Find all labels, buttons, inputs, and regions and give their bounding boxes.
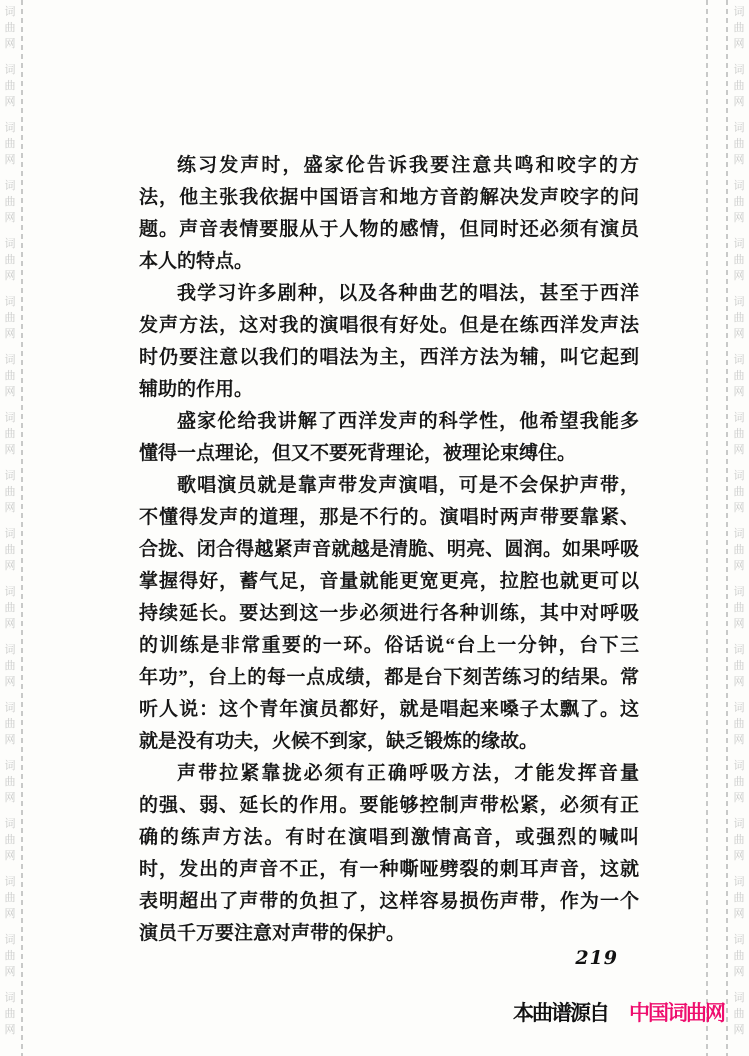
watermark-char: 网 bbox=[2, 210, 18, 226]
right-dashed-rule-inner bbox=[726, 0, 728, 1056]
watermark-char: 曲 bbox=[731, 310, 747, 326]
watermark-char: 网 bbox=[731, 558, 747, 574]
watermark-char: 词 bbox=[2, 526, 18, 542]
text-line: 练习发声时，盛家伦告诉我要注意共鸣和咬字的方 bbox=[139, 150, 639, 182]
watermark-char: 网 bbox=[731, 790, 747, 806]
watermark-char: 网 bbox=[731, 732, 747, 748]
watermark-char: 网 bbox=[731, 210, 747, 226]
watermark-char: 网 bbox=[731, 442, 747, 458]
watermark-char: 词 bbox=[2, 642, 18, 658]
watermark-char: 词 bbox=[2, 874, 18, 890]
watermark-char: 网 bbox=[2, 442, 18, 458]
watermark-char: 网 bbox=[731, 384, 747, 400]
watermark-char: 词 bbox=[731, 120, 747, 136]
text-line: 年功”，台上的每一点成绩，都是台下刻苦练习的结果。常 bbox=[139, 662, 639, 694]
watermark-char: 曲 bbox=[731, 136, 747, 152]
watermark-char: 词 bbox=[731, 584, 747, 600]
watermark-char: 网 bbox=[731, 152, 747, 168]
watermark-char: 词 bbox=[731, 990, 747, 1006]
watermark-char: 词 bbox=[731, 816, 747, 832]
text-line: 就是没有功夫，火候不到家，缺乏锻炼的缘故。 bbox=[139, 726, 639, 758]
watermark-char: 词 bbox=[731, 410, 747, 426]
watermark-char: 网 bbox=[2, 848, 18, 864]
watermark-char: 词 bbox=[731, 700, 747, 716]
watermark-char: 曲 bbox=[731, 426, 747, 442]
watermark-char: 曲 bbox=[731, 658, 747, 674]
watermark-char: 网 bbox=[731, 616, 747, 632]
watermark-char: 曲 bbox=[731, 368, 747, 384]
paragraph: 歌唱演员就是靠声带发声演唱，可是不会保护声带，不懂得发声的道理，那是不行的。演唱… bbox=[139, 470, 639, 758]
text-line: 歌唱演员就是靠声带发声演唱，可是不会保护声带， bbox=[139, 470, 639, 502]
watermark-char: 曲 bbox=[731, 774, 747, 790]
text-line: 发声方法，这对我的演唱很有好处。但是在练西洋发声法 bbox=[139, 310, 639, 342]
watermark-char: 曲 bbox=[2, 774, 18, 790]
watermark-char: 曲 bbox=[2, 716, 18, 732]
watermark-char: 词 bbox=[2, 584, 18, 600]
watermark-char: 网 bbox=[2, 326, 18, 342]
watermark-char: 网 bbox=[731, 36, 747, 52]
watermark-char: 网 bbox=[2, 1022, 18, 1038]
watermark-char: 词 bbox=[2, 932, 18, 948]
watermark-char: 网 bbox=[731, 1022, 747, 1038]
watermark-char: 网 bbox=[731, 326, 747, 342]
watermark-char: 曲 bbox=[2, 832, 18, 848]
watermark-char: 词 bbox=[731, 642, 747, 658]
paragraph: 盛家伦给我讲解了西洋发声的科学性，他希望我能多懂得一点理论，但又不要死背理论，被… bbox=[139, 406, 639, 470]
credit-prefix: 本曲谱源自 bbox=[513, 1001, 608, 1027]
watermark-char: 网 bbox=[731, 964, 747, 980]
watermark-char: 网 bbox=[731, 906, 747, 922]
watermark-char: 词 bbox=[731, 352, 747, 368]
watermark-char: 词 bbox=[2, 468, 18, 484]
text-line: 声带拉紧靠拢必须有正确呼吸方法，才能发挥音量 bbox=[139, 758, 639, 790]
watermark-char: 词 bbox=[2, 816, 18, 832]
watermark-char: 词 bbox=[731, 874, 747, 890]
text-line: 表明超出了声带的负担了，这样容易损伤声带，作为一个 bbox=[139, 886, 639, 918]
watermark-char: 网 bbox=[2, 384, 18, 400]
text-line: 的强、弱、延长的作用。要能够控制声带松紧，必须有正 bbox=[139, 790, 639, 822]
watermark-char: 曲 bbox=[731, 716, 747, 732]
watermark-char: 曲 bbox=[2, 136, 18, 152]
text-line: 我学习许多剧种，以及各种曲艺的唱法，甚至于西洋 bbox=[139, 278, 639, 310]
watermark-char: 曲 bbox=[731, 252, 747, 268]
watermark-char: 曲 bbox=[2, 426, 18, 442]
paragraph: 声带拉紧靠拢必须有正确呼吸方法，才能发挥音量的强、弱、延长的作用。要能够控制声带… bbox=[139, 758, 639, 950]
watermark-char: 词 bbox=[2, 410, 18, 426]
watermark-char: 曲 bbox=[2, 542, 18, 558]
watermark-char: 曲 bbox=[731, 20, 747, 36]
text-line: 懂得一点理论，但又不要死背理论，被理论束缚住。 bbox=[139, 438, 639, 470]
watermark-char: 网 bbox=[2, 558, 18, 574]
watermark-char: 网 bbox=[731, 500, 747, 516]
watermark-char: 曲 bbox=[2, 78, 18, 94]
watermark-char: 曲 bbox=[2, 890, 18, 906]
left-watermark-column: 词曲网词曲网词曲网词曲网词曲网词曲网词曲网词曲网词曲网词曲网词曲网词曲网词曲网词… bbox=[2, 4, 18, 1056]
watermark-char: 曲 bbox=[2, 600, 18, 616]
watermark-char: 词 bbox=[2, 352, 18, 368]
watermark-char: 曲 bbox=[731, 948, 747, 964]
watermark-char: 词 bbox=[2, 294, 18, 310]
watermark-char: 词 bbox=[2, 4, 18, 20]
text-line: 合拢、闭合得越紧声音就越是清脆、明亮、圆润。如果呼吸 bbox=[139, 534, 639, 566]
watermark-char: 曲 bbox=[731, 890, 747, 906]
watermark-char: 网 bbox=[2, 674, 18, 690]
watermark-char: 曲 bbox=[2, 20, 18, 36]
left-dashed-rule bbox=[21, 0, 23, 1056]
watermark-char: 曲 bbox=[731, 832, 747, 848]
watermark-char: 词 bbox=[2, 178, 18, 194]
watermark-char: 曲 bbox=[2, 1006, 18, 1022]
watermark-char: 词 bbox=[2, 990, 18, 1006]
watermark-char: 曲 bbox=[2, 252, 18, 268]
text-line: 的训练是非常重要的一环。俗话说“台上一分钟，台下三 bbox=[139, 630, 639, 662]
body-text: 练习发声时，盛家伦告诉我要注意共鸣和咬字的方法，他主张我依据中国语言和地方音韵解… bbox=[139, 150, 639, 950]
scanned-book-page: 词曲网词曲网词曲网词曲网词曲网词曲网词曲网词曲网词曲网词曲网词曲网词曲网词曲网词… bbox=[0, 0, 749, 1056]
watermark-char: 网 bbox=[2, 732, 18, 748]
watermark-char: 网 bbox=[731, 848, 747, 864]
right-watermark-column: 词曲网词曲网词曲网词曲网词曲网词曲网词曲网词曲网词曲网词曲网词曲网词曲网词曲网词… bbox=[731, 4, 747, 1056]
watermark-char: 词 bbox=[2, 236, 18, 252]
right-dashed-rule-outer bbox=[706, 0, 708, 1056]
credit-site-name: 中国词曲网 bbox=[629, 1001, 724, 1027]
text-line: 时，发出的声音不正，有一种嘶哑劈裂的刺耳声音，这就 bbox=[139, 854, 639, 886]
watermark-char: 词 bbox=[731, 62, 747, 78]
watermark-char: 词 bbox=[2, 700, 18, 716]
watermark-char: 网 bbox=[731, 94, 747, 110]
text-line: 演员千万要注意对声带的保护。 bbox=[139, 918, 639, 950]
text-line: 盛家伦给我讲解了西洋发声的科学性，他希望我能多 bbox=[139, 406, 639, 438]
watermark-char: 曲 bbox=[2, 484, 18, 500]
watermark-char: 网 bbox=[2, 268, 18, 284]
watermark-char: 词 bbox=[731, 4, 747, 20]
text-line: 不懂得发声的道理，那是不行的。演唱时两声带要靠紧、 bbox=[139, 502, 639, 534]
watermark-char: 曲 bbox=[731, 78, 747, 94]
page-number: 219 bbox=[140, 947, 618, 969]
watermark-char: 网 bbox=[731, 268, 747, 284]
watermark-char: 曲 bbox=[2, 368, 18, 384]
watermark-char: 词 bbox=[731, 758, 747, 774]
watermark-char: 曲 bbox=[2, 948, 18, 964]
watermark-char: 网 bbox=[2, 790, 18, 806]
paragraph: 我学习许多剧种，以及各种曲艺的唱法，甚至于西洋发声方法，这对我的演唱很有好处。但… bbox=[139, 278, 639, 406]
watermark-char: 词 bbox=[731, 526, 747, 542]
watermark-char: 词 bbox=[731, 178, 747, 194]
watermark-char: 词 bbox=[2, 62, 18, 78]
watermark-char: 网 bbox=[2, 36, 18, 52]
text-line: 时仍要注意以我们的唱法为主，西洋方法为辅，叫它起到 bbox=[139, 342, 639, 374]
watermark-char: 词 bbox=[2, 758, 18, 774]
watermark-char: 曲 bbox=[2, 194, 18, 210]
watermark-char: 词 bbox=[2, 120, 18, 136]
watermark-char: 词 bbox=[731, 294, 747, 310]
text-line: 持续延长。要达到这一步必须进行各种训练，其中对呼吸 bbox=[139, 598, 639, 630]
watermark-char: 曲 bbox=[731, 194, 747, 210]
paragraph: 练习发声时，盛家伦告诉我要注意共鸣和咬字的方法，他主张我依据中国语言和地方音韵解… bbox=[139, 150, 639, 278]
watermark-char: 曲 bbox=[731, 484, 747, 500]
watermark-char: 网 bbox=[2, 152, 18, 168]
watermark-char: 网 bbox=[731, 674, 747, 690]
watermark-char: 网 bbox=[2, 616, 18, 632]
watermark-char: 曲 bbox=[731, 1006, 747, 1022]
watermark-char: 曲 bbox=[731, 600, 747, 616]
watermark-char: 网 bbox=[2, 500, 18, 516]
watermark-char: 网 bbox=[2, 906, 18, 922]
text-line: 题。声音表情要服从于人物的感情，但同时还必须有演员 bbox=[139, 214, 639, 246]
text-line: 本人的特点。 bbox=[139, 246, 639, 278]
watermark-char: 曲 bbox=[731, 542, 747, 558]
watermark-char: 网 bbox=[2, 964, 18, 980]
text-line: 听人说：这个青年演员都好，就是唱起来嗓子太飘了。这 bbox=[139, 694, 639, 726]
watermark-char: 网 bbox=[2, 94, 18, 110]
footer-credit: 本曲谱源自 中国词曲网 bbox=[513, 1001, 724, 1027]
watermark-char: 曲 bbox=[2, 658, 18, 674]
watermark-char: 词 bbox=[731, 468, 747, 484]
text-line: 法，他主张我依据中国语言和地方音韵解决发声咬字的问 bbox=[139, 182, 639, 214]
text-line: 掌握得好，蓄气足，音量就能更宽更亮，拉腔也就更可以 bbox=[139, 566, 639, 598]
text-line: 确的练声方法。有时在演唱到激情高音，或强烈的喊叫 bbox=[139, 822, 639, 854]
text-line: 辅助的作用。 bbox=[139, 374, 639, 406]
watermark-char: 曲 bbox=[2, 310, 18, 326]
watermark-char: 词 bbox=[731, 932, 747, 948]
watermark-char: 词 bbox=[731, 236, 747, 252]
